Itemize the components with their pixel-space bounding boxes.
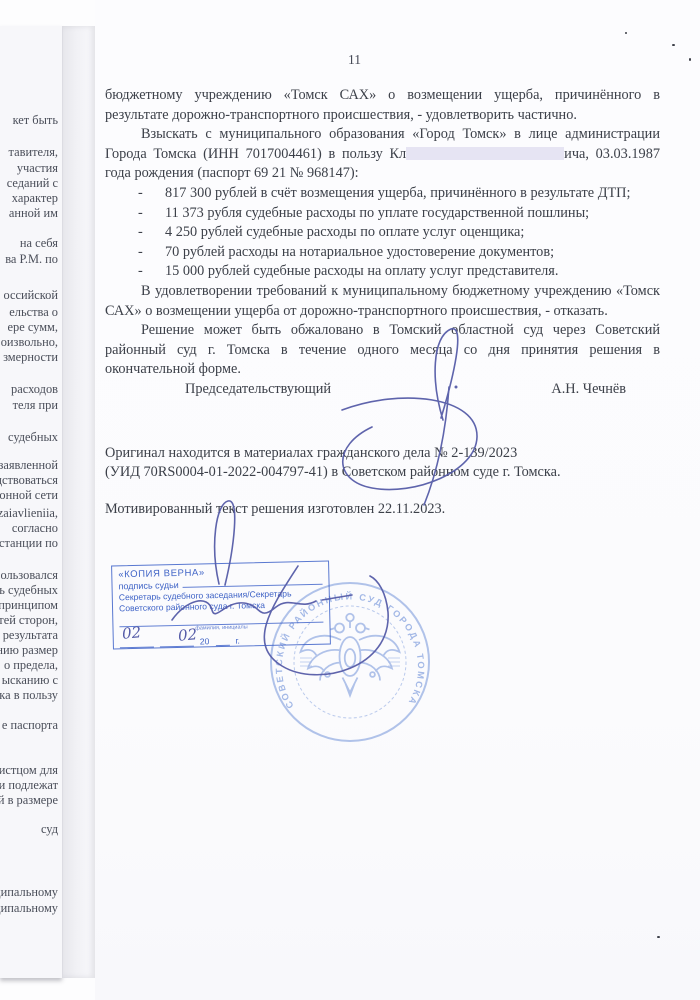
list-dash: - (138, 184, 143, 204)
left-column-text-fragment: ь судебных (0, 584, 58, 596)
left-column-text-fragment: ка в пользу (0, 689, 58, 701)
left-column-text-fragment: ельства о (9, 306, 58, 318)
seal-side-text-block (300, 658, 400, 666)
award-list-item-text: 70 рублей расходы на нотариальное удосто… (165, 244, 554, 260)
left-column-text-fragment: расходов (11, 383, 58, 395)
signature-row: Председательствующий А.Н. Чечнёв (105, 380, 660, 400)
left-column-text-fragment: дствоваться (0, 474, 58, 486)
handwritten-month: 02 (177, 625, 198, 645)
left-column-text-fragment: иципальному (0, 902, 58, 914)
left-column-text-fragment: ва Р.М. по (5, 253, 58, 265)
presiding-judge-label: Председательствующий (185, 380, 331, 400)
left-column-text-fragment: суд (41, 823, 58, 835)
left-column-text-fragment: станции по (0, 537, 58, 549)
left-column-text-fragment: иципальному (0, 886, 58, 898)
left-column-text-fragment: результата (3, 629, 58, 641)
left-column-text-fragment: ысканию с (2, 674, 58, 686)
award-list-item: - 817 300 рублей в счёт возмещения ущерб… (105, 184, 660, 204)
award-list-item: - 4 250 рублей судебные расходы по оплат… (105, 223, 660, 243)
left-column-text-fragment: теля при (13, 399, 58, 411)
award-list: - 817 300 рублей в счёт возмещения ущерб… (105, 184, 660, 282)
stamp-year-prefix: 20 (200, 636, 210, 646)
page-number: 11 (348, 52, 361, 68)
list-dash: - (138, 223, 143, 243)
left-column-text-fragment: судебных (8, 431, 58, 443)
document-page: 11 бюджетному учреждению «Томск САХ» о в… (95, 0, 700, 1000)
stamp-judge-signature-label: подпись судьи (118, 580, 178, 591)
left-column-text-fragment: участия (17, 162, 58, 174)
judge-name: А.Н. Чечнёв (551, 380, 626, 400)
left-column-text-fragment: нию размер (0, 644, 58, 656)
scan-speck (625, 32, 627, 34)
original-location-note: Оригинал находится в материалах гражданс… (105, 444, 660, 483)
left-column-text-fragment: характер (12, 192, 58, 204)
left-column-text-fragment: заявленной (0, 459, 58, 471)
paragraph-appeal: Решение может быть обжаловано в Томский … (105, 321, 660, 380)
scanned-page: кет быть тавителя, участия седаний с хар… (0, 0, 700, 1000)
left-column-text-fragment: е паспорта (2, 719, 58, 731)
underlying-page-edge: кет быть тавителя, участия седаний с хар… (0, 26, 62, 978)
left-column-text-fragment: согласно (12, 522, 58, 534)
left-column-text-fragment: на себя (20, 237, 58, 249)
list-dash: - (138, 243, 143, 263)
original-line1: Оригинал находится в материалах гражданс… (105, 445, 517, 461)
stamp-year-line (215, 635, 229, 646)
award-list-item: - 15 000 рублей судебные расходы на опла… (105, 262, 660, 282)
left-column-text-fragment: о предела, (4, 659, 58, 671)
left-column-text-fragment: ользовался (0, 569, 58, 581)
scan-speck (657, 936, 660, 938)
award-list-item-text: 11 373 рубля судебные расходы по уплате … (165, 205, 589, 221)
left-column-text-fragment: принципом (0, 599, 58, 611)
original-line2: (УИД 70RS0004-01-2022-004797-41) в Совет… (105, 464, 561, 480)
left-column-text-fragment: анной им (9, 207, 58, 219)
award-list-item-text: 817 300 рублей в счёт возмещения ущерба,… (165, 185, 630, 201)
list-dash: - (138, 262, 143, 282)
left-column-text-fragment: ий в размере (0, 794, 58, 806)
left-column-text-fragment: тавителя, (9, 146, 58, 158)
motivated-text-note: Мотивированный текст решения изготовлен … (105, 500, 660, 520)
scan-speck (689, 58, 691, 61)
left-column-text-fragment: zaiavlieniia, (0, 507, 58, 519)
page-fold-shadow (62, 26, 96, 978)
left-column-text-fragment: оизвольно, (1, 336, 58, 348)
left-column-text-fragment: онной сети (0, 489, 58, 501)
award-list-item: - 11 373 рубля судебные расходы по уплат… (105, 204, 660, 224)
left-column-text-fragment: змерности (3, 351, 58, 363)
left-column-text-fragment: ере сумм, (8, 321, 58, 333)
stamp-year-suffix: г. (235, 636, 240, 646)
list-dash: - (138, 204, 143, 224)
award-list-item: - 70 рублей расходы на нотариальное удос… (105, 243, 660, 263)
left-column-text-fragment: истцом для (0, 764, 58, 776)
copy-verified-stamp: «КОПИЯ ВЕРНА» подпись судьи Секретарь су… (111, 561, 331, 650)
paragraph-recovery: Взыскать с муниципального образования «Г… (105, 125, 660, 184)
handwritten-day: 02 (121, 623, 142, 643)
paragraph-ruling: бюджетному учреждению «Томск САХ» о возм… (105, 86, 660, 125)
left-column-text-fragment: кет быть (13, 114, 58, 126)
award-list-item-text: 4 250 рублей судебные расходы по оплате … (165, 224, 524, 240)
scan-speck (672, 44, 675, 46)
award-list-item-text: 15 000 рублей судебные расходы на оплату… (165, 263, 558, 279)
left-column-text-fragment: оссийской (4, 289, 58, 301)
left-column-text-fragment: тей сторон, (0, 614, 58, 626)
redaction-box (406, 147, 564, 160)
left-column-text-fragment: седаний с (7, 177, 58, 189)
left-column-text-fragment: ни подлежат (0, 779, 58, 791)
paragraph-refusal: В удовлетворении требований к муниципаль… (105, 282, 660, 321)
